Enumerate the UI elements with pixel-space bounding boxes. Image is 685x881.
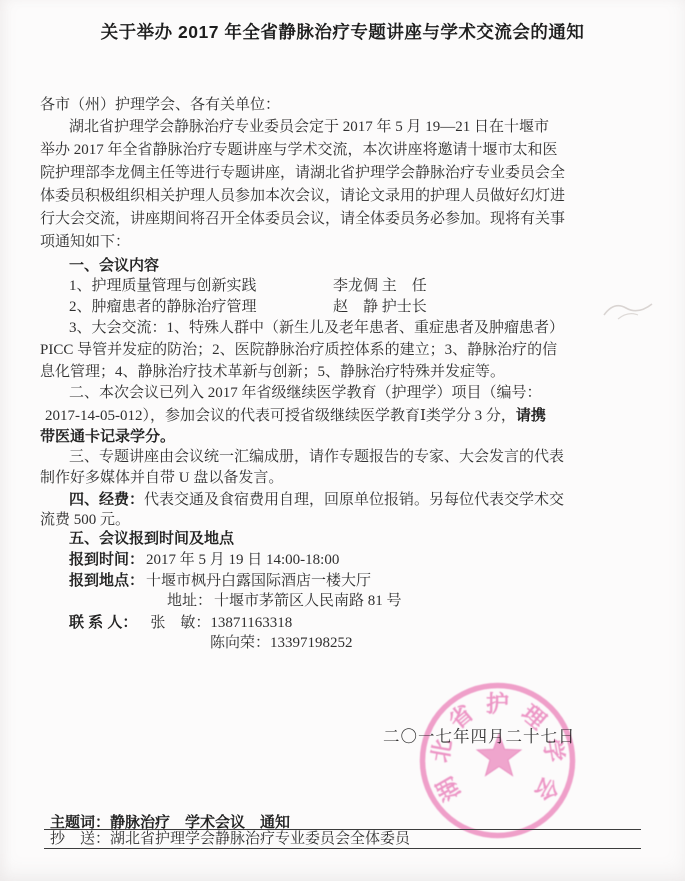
- paragraph-line: 3、大会交流：1、特殊人群中（新生儿及老年患者、重症患者及肿瘤患者）: [40, 320, 679, 337]
- checkin-time-label: 报到时间：: [69, 551, 144, 568]
- contact-name-phone: 陈向荣：13397198252: [210, 635, 353, 651]
- svg-text:学: 学: [539, 737, 569, 764]
- checkin-time-row: 报到时间：2017 年 5 月 19 日 14:00-18:00: [40, 551, 679, 569]
- paragraph-line: 息化管理；4、静脉治疗技术革新与创新；5、静脉治疗特殊并发症等。: [40, 364, 650, 381]
- agenda-topic: 1、护理质量管理与创新实践: [69, 278, 333, 295]
- agenda-speaker: 李龙倜 主 任: [333, 278, 427, 294]
- paragraph-line: 三、专题讲座由会议统一汇编成册，请作专题报告的专家、大会发言的代表: [40, 449, 679, 466]
- contact-label: 联 系 人：: [69, 614, 137, 631]
- keywords-value: 静脉治疗 学术会议 通知: [110, 814, 290, 831]
- footer-cc-row: 抄 送：湖北省护理学会静脉治疗专业委员会全体委员: [50, 831, 660, 848]
- checkin-place-value: 十堰市枫丹白露国际酒店一楼大厅: [146, 573, 371, 589]
- intro-line: 项通知如下：: [40, 234, 650, 251]
- address-row: 地址：十堰市茅箭区人民南路 81 号: [40, 593, 685, 610]
- footer-divider: [44, 848, 641, 849]
- salutation: 各市（州）护理学会、各有关单位：: [40, 97, 650, 114]
- paragraph-line: 流费 500 元。: [40, 512, 650, 529]
- agenda-item: 2、肿瘤患者的静脉治疗管理赵 静 护士长: [40, 299, 679, 316]
- contact-row: 陈向荣：13397198252: [40, 635, 685, 652]
- svg-text:北: 北: [427, 737, 457, 764]
- address-label: 地址：: [167, 593, 212, 609]
- intro-line: 举办 2017 年全省静脉治疗专题讲座与学术交流，本次讲座将邀请十堰市太和医: [40, 142, 650, 159]
- section-1-heading: 一、会议内容: [40, 257, 679, 274]
- agenda-speaker: 赵 静 护士长: [333, 299, 427, 315]
- svg-text:护: 护: [486, 691, 509, 717]
- intro-line: 湖北省护理学会静脉治疗专业委员会定于 2017 年 5 月 19—21 日在十堰…: [40, 119, 679, 136]
- checkin-time-value: 2017 年 5 月 19 日 14:00-18:00: [146, 552, 339, 568]
- footer-keywords-row: 主题词：静脉治疗 学术会议 通知: [50, 814, 660, 831]
- keywords-label: 主题词：: [50, 814, 110, 831]
- cc-value: 湖北省护理学会静脉治疗专业委员会全体委员: [110, 831, 410, 847]
- paragraph-line: PICC 导管并发症的防治；2、医院静脉治疗质控体系的建立；3、静脉治疗的信: [40, 342, 650, 359]
- credit-reminder-bold: 请携: [516, 407, 546, 424]
- intro-line: 院护理部李龙倜主任等进行专题讲座，请湖北省护理学会静脉治疗专业委员会全: [40, 165, 650, 182]
- credit-text: 2017-14-05-012），参加会议的代表可授省级继续医学教育Ⅰ类学分 3 …: [45, 408, 516, 424]
- section-5-heading: 五、会议报到时间及地点: [40, 530, 679, 547]
- doc-title: 关于举办 2017 年全省静脉治疗专题讲座与学术交流会的通知: [0, 19, 685, 44]
- paragraph-line: 制作好多媒体并自带 U 盘以备发言。: [40, 470, 650, 487]
- star-icon: [477, 734, 521, 776]
- checkin-place-label: 报到地点：: [69, 572, 144, 589]
- notice-document: 关于举办 2017 年全省静脉治疗专题讲座与学术交流会的通知 各市（州）护理学会…: [0, 0, 685, 881]
- fee-label: 四、经费：: [69, 491, 144, 508]
- paragraph-line: 四、经费：代表交通及食宿费用自理，回原单位报销。另每位代表交学术交: [40, 491, 679, 509]
- intro-line: 行大会交流，讲座期间将召开全体委员会议，请全体委员务必参加。现将有关事: [40, 211, 650, 228]
- credit-reminder-bold: 带医通卡记录学分。: [40, 428, 650, 445]
- cc-label: 抄 送：: [50, 831, 110, 847]
- contact-name-phone: 张 敏：13871163318: [150, 615, 292, 631]
- agenda-item: 1、护理质量管理与创新实践李龙倜 主 任: [40, 278, 679, 295]
- intro-line: 体委员积极组织相关护理人员参加本次会议，请论文录用的护理人员做好幻灯进: [40, 188, 650, 205]
- pencil-smudge: [598, 293, 662, 327]
- paragraph-line: 二、本次会议已列入 2017 年省级继续医学教育（护理学）项目（编号：: [40, 385, 679, 402]
- checkin-place-row: 报到地点：十堰市枫丹白露国际酒店一楼大厅: [40, 572, 679, 590]
- fee-text: 代表交通及食宿费用自理，回原单位报销。另每位代表交学术交: [144, 492, 564, 508]
- contact-row: 联 系 人：张 敏：13871163318: [40, 614, 679, 632]
- agenda-topic: 2、肿瘤患者的静脉治疗管理: [69, 299, 333, 316]
- paragraph-line: 2017-14-05-012），参加会议的代表可授省级继续医学教育Ⅰ类学分 3 …: [40, 407, 655, 425]
- address-value: 十堰市茅箭区人民南路 81 号: [214, 593, 402, 609]
